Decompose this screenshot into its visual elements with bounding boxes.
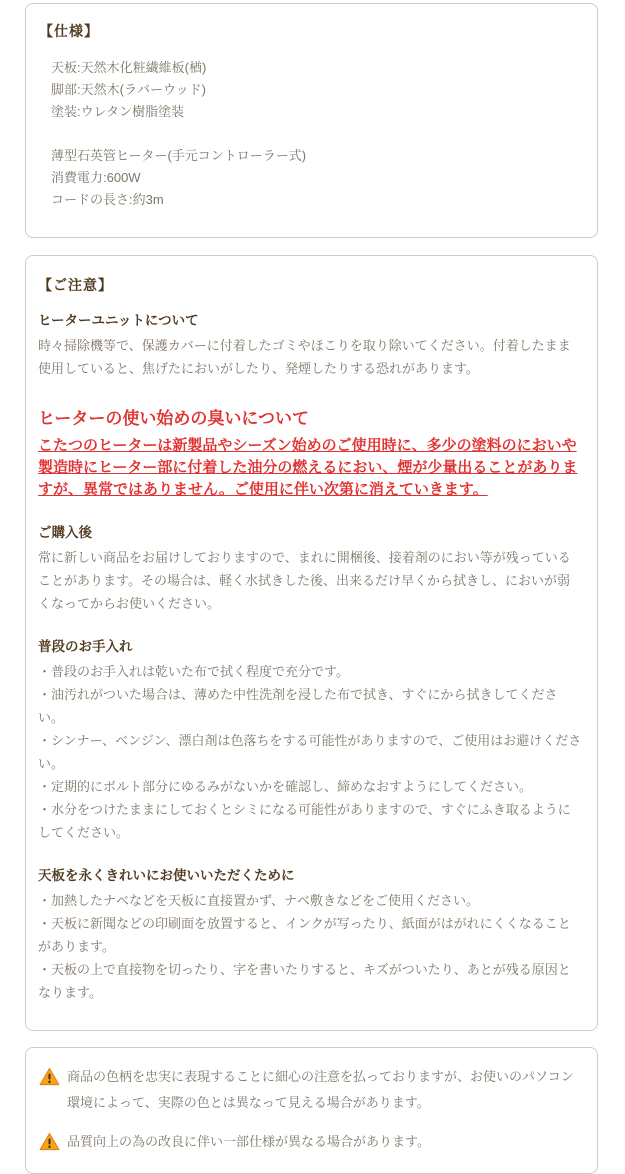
daily-care-item: ・油汚れがついた場合は、薄めた中性洗剤を浸した布で拭き、すぐにから拭きしてくださ…: [38, 683, 582, 729]
daily-care-item: ・定期的にボルト部分にゆるみがないかを確認し、締めなおすようにしてください。: [38, 775, 582, 798]
daily-care-item: ・普段のお手入れは乾いた布で拭く程度で充分です。: [38, 660, 582, 683]
smell-heading: ヒーターの使い始めの臭いについて: [38, 404, 582, 429]
tabletop-care-item: ・天板に新聞などの印刷面を放置すると、インクが写ったり、紙面がはがれにくくなるこ…: [38, 912, 582, 958]
daily-care-list: ・普段のお手入れは乾いた布で拭く程度で充分です。 ・油汚れがついた場合は、薄めた…: [38, 660, 582, 844]
tabletop-care-list: ・加熱したナベなどを天板に直接置かず、ナベ敷きなどをご使用ください。 ・天板に新…: [38, 889, 582, 1004]
smell-body: こたつのヒーターは新製品やシーズン始めのご使用時に、多少の塗料のにおいや製造時に…: [38, 435, 582, 501]
tabletop-care-heading: 天板を永くきれいにお使いいただくために: [38, 864, 582, 884]
caution-title: 【ご注意】: [38, 275, 582, 295]
spec-line-cord-length: コードの長さ:約3m: [51, 189, 581, 211]
note-text-color-disclaimer: 商品の色柄を忠実に表現することに細心の注意を払っておりますが、お使いのパソコン環…: [67, 1064, 579, 1116]
daily-care-item: ・シンナー、ベンジン、漂白剤は色落ちをする可能性がありますので、ご使用はお避けく…: [38, 729, 582, 775]
after-purchase-heading: ご購入後: [38, 521, 582, 541]
spec-title: 【仕様】: [39, 21, 581, 41]
spec-line-coating: 塗装:ウレタン樹脂塗装: [51, 101, 581, 123]
tabletop-care-item: ・天板の上で直接物を切ったり、字を書いたりすると、キズがついたり、あとが残る原因…: [38, 958, 582, 1004]
product-info-page: 【仕様】 天板:天然木化粧繊維板(楢) 脚部:天然木(ラバーウッド) 塗装:ウレ…: [0, 3, 625, 1174]
spec-lines-heater: 薄型石英管ヒーター(手元コントローラー式) 消費電力:600W コードの長さ:約…: [51, 145, 581, 211]
note-row-spec-change: 品質向上の為の改良に伴い一部仕様が異なる場合があります。: [39, 1129, 579, 1155]
after-purchase-body: 常に新しい商品をお届けしておりますので、まれに開梱後、接着剤のにおい等が残ってい…: [38, 546, 582, 615]
heater-unit-body: 時々掃除機等で、保護カバーに付着したゴミやほこりを取り除いてください。付着したま…: [38, 334, 582, 380]
daily-care-item: ・水分をつけたままにしておくとシミになる可能性がありますので、すぐにふき取るよう…: [38, 798, 582, 844]
note-text-spec-change: 品質向上の為の改良に伴い一部仕様が異なる場合があります。: [67, 1129, 430, 1155]
spec-line-tabletop: 天板:天然木化粧繊維板(楢): [51, 57, 581, 79]
daily-care-heading: 普段のお手入れ: [38, 635, 582, 655]
spec-line-power: 消費電力:600W: [51, 167, 581, 189]
tabletop-care-item: ・加熱したナベなどを天板に直接置かず、ナベ敷きなどをご使用ください。: [38, 889, 582, 912]
warning-triangle-icon: [39, 1132, 60, 1151]
warning-triangle-icon: [39, 1067, 60, 1086]
notes-box: 商品の色柄を忠実に表現することに細心の注意を払っておりますが、お使いのパソコン環…: [25, 1047, 598, 1174]
spec-line-heater-type: 薄型石英管ヒーター(手元コントローラー式): [51, 145, 581, 167]
note-row-color-disclaimer: 商品の色柄を忠実に表現することに細心の注意を払っておりますが、お使いのパソコン環…: [39, 1064, 579, 1116]
caution-box: 【ご注意】 ヒーターユニットについて 時々掃除機等で、保護カバーに付着したゴミや…: [25, 255, 598, 1031]
heater-unit-heading: ヒーターユニットについて: [38, 309, 582, 329]
spec-lines-materials: 天板:天然木化粧繊維板(楢) 脚部:天然木(ラバーウッド) 塗装:ウレタン樹脂塗…: [51, 57, 581, 123]
spec-box: 【仕様】 天板:天然木化粧繊維板(楢) 脚部:天然木(ラバーウッド) 塗装:ウレ…: [25, 3, 598, 238]
spec-line-legs: 脚部:天然木(ラバーウッド): [51, 79, 581, 101]
